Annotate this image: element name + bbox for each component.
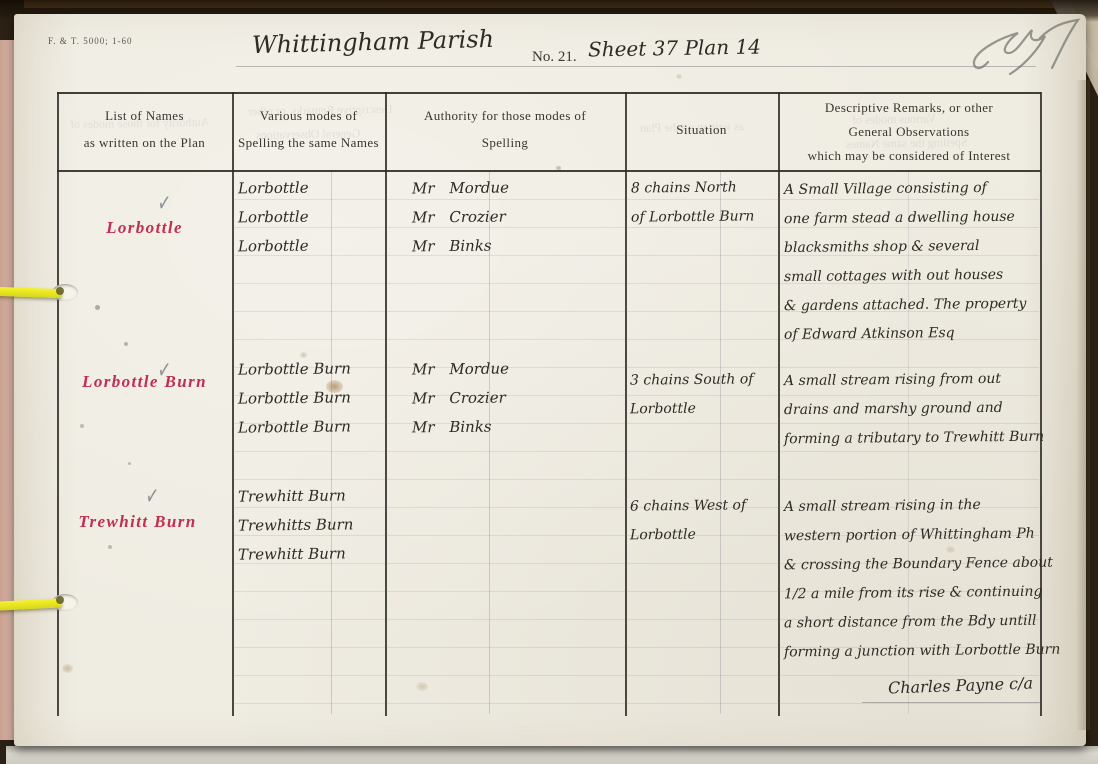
authority-line: Mr Binks xyxy=(412,237,492,256)
table-top-border xyxy=(57,92,1041,94)
speck xyxy=(128,462,131,465)
stain xyxy=(62,664,73,673)
remark-line: A Small Village consisting of xyxy=(784,180,987,198)
authority-line: Mr Mordue xyxy=(412,178,509,197)
remark-line: A small stream rising in the xyxy=(784,497,981,515)
remark-line: A small stream rising from out xyxy=(784,371,1001,389)
situation-line: 3 chains South of xyxy=(630,371,754,388)
next-page-edge xyxy=(6,746,1098,764)
remark-line: one farm stead a dwelling house xyxy=(784,209,1015,227)
spelling-line: Lorbottle Burn xyxy=(238,417,351,436)
column-header-names: List of Names xyxy=(57,108,232,124)
remark-line: drains and marshy ground and xyxy=(784,400,1003,418)
binding-cord-knot xyxy=(56,596,64,604)
pencil-page-number xyxy=(966,16,1086,78)
stain xyxy=(946,546,955,553)
remark-line: forming a tributary to Trewhitt Burn xyxy=(784,429,1044,448)
situation-line: Lorbottle xyxy=(630,401,696,418)
remark-line: & crossing the Boundary Fence about xyxy=(784,555,1053,574)
spelling-line: Trewhitt Burn xyxy=(238,544,346,563)
sheet-number-label: No. 21. xyxy=(532,49,577,66)
authority-line: Mr Mordue xyxy=(412,359,509,378)
remark-line: blacksmiths shop & several xyxy=(784,238,980,256)
remark-line: forming a junction with Lorbottle Burn xyxy=(784,642,1060,661)
entry-name: Trewhitt Burn xyxy=(45,512,230,532)
column-header-remarks: General Observations xyxy=(778,124,1040,140)
table-border-right xyxy=(1040,92,1042,716)
spelling-line: Lorbottle xyxy=(238,208,309,227)
column-header-remarks: which may be considered of Interest xyxy=(778,148,1040,164)
entry-name: Lorbottle xyxy=(57,218,232,238)
situation-line: Lorbottle xyxy=(630,527,696,544)
entry-name: Lorbottle Burn xyxy=(57,372,232,392)
remark-line: a short distance from the Bdy untill xyxy=(784,613,1037,632)
authority-line: Mr Binks xyxy=(412,418,492,437)
spelling-line: Trewhitts Burn xyxy=(238,515,354,534)
spelling-line: Lorbottle Burn xyxy=(238,359,351,378)
column-header-situation: Situation xyxy=(625,122,778,138)
stain xyxy=(326,380,343,393)
binding-cord-knot xyxy=(56,287,64,295)
speck xyxy=(80,424,84,428)
situation-line: 8 chains North xyxy=(631,179,737,196)
scanned-document-page: Authority for those modes of Descriptive… xyxy=(0,0,1098,764)
column-header-spelling: Spelling the same Names xyxy=(232,135,385,151)
remark-line: small cottages with out houses xyxy=(784,267,1003,285)
column-header-authority: Spelling xyxy=(385,135,625,151)
stain xyxy=(676,74,682,79)
spelling-line: Trewhitt Burn xyxy=(238,486,346,505)
signature-underline xyxy=(862,702,1040,703)
spelling-line: Lorbottle xyxy=(238,237,309,256)
speck xyxy=(108,545,112,549)
remark-line: of Edward Atkinson Esq xyxy=(784,325,955,343)
speck xyxy=(95,305,100,310)
remark-line: 1/2 a mile from its rise & continuing xyxy=(784,584,1043,603)
table-border-left xyxy=(57,92,59,716)
authority-line: Mr Crozier xyxy=(412,389,506,408)
column-header-remarks: Descriptive Remarks, or other xyxy=(778,100,1040,116)
authority-line: Mr Crozier xyxy=(412,208,506,227)
column-header-spelling: Various modes of xyxy=(232,108,385,124)
speck xyxy=(556,166,561,170)
stain xyxy=(416,682,428,691)
column-header-names: as written on the Plan xyxy=(57,135,232,151)
situation-line: of Lorbottle Burn xyxy=(631,208,755,225)
speck xyxy=(124,342,128,346)
situation-line: 6 chains West of xyxy=(630,497,746,514)
sheet-plan-handwritten: Sheet 37 Plan 14 xyxy=(588,34,761,61)
remark-line: western portion of Whittingham Ph xyxy=(784,526,1035,545)
header-rule-line xyxy=(236,66,1036,67)
spelling-line: Lorbottle xyxy=(238,179,309,198)
stain xyxy=(300,352,307,358)
page-right-edge-shadow xyxy=(1076,80,1090,730)
remark-line: & gardens attached. The property xyxy=(784,296,1027,315)
column-header-authority: Authority for those modes of xyxy=(385,108,625,124)
form-reference-number: F. & T. 5000; 1-60 xyxy=(48,36,132,46)
